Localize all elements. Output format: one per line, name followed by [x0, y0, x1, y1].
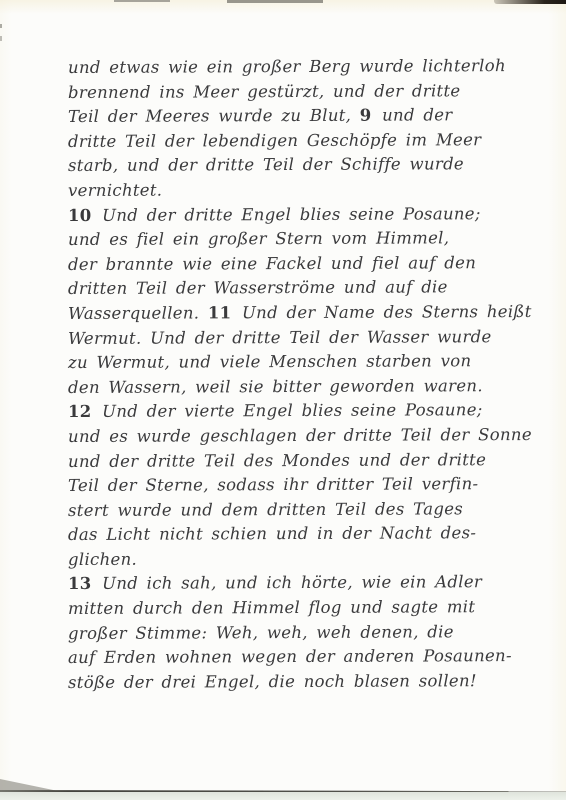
handwritten-text: mitten durch den Himmel flog und sagte m…: [68, 597, 475, 618]
handwritten-line: brennend ins Meer gestürzt, und der drit…: [68, 79, 538, 106]
handwritten-line: Wermut. Und der dritte Teil der Wasser w…: [68, 324, 538, 351]
verse-number: 10: [68, 205, 94, 224]
handwritten-text: Wermut. Und der dritte Teil der Wasser w…: [68, 327, 492, 348]
scanned-manuscript-page: und etwas wie ein großer Berg wurde lich…: [0, 0, 566, 800]
handwritten-text: Und der Name des Sterns heißt: [233, 302, 531, 322]
handwritten-text: großer Stimme: Weh, weh, weh denen, die: [68, 622, 454, 643]
handwritten-text: glichen.: [68, 550, 137, 569]
scan-artifact-top-mark: [114, 0, 170, 2]
handwritten-line: 13 Und ich sah, und ich hörte, wie ein A…: [68, 570, 538, 597]
handwritten-text: und der: [373, 106, 452, 125]
handwritten-text: dritte Teil der lebendigen Geschöpfe im …: [68, 130, 481, 151]
verse-number: 9: [360, 106, 374, 125]
handwritten-text: Und der dritte Engel blies seine Posaune…: [94, 204, 481, 225]
scan-artifact-corner-shadow: [494, 0, 566, 4]
handwritten-text: Und ich sah, und ich hörte, wie ein Adle…: [94, 573, 483, 594]
handwritten-text: und der dritte Teil des Mondes und der d…: [68, 450, 486, 471]
handwritten-line: mitten durch den Himmel flog und sagte m…: [68, 595, 538, 622]
handwritten-line: großer Stimme: Weh, weh, weh denen, die: [68, 620, 538, 647]
handwritten-text: auf Erden wohnen wegen der anderen Posau…: [68, 646, 512, 667]
handwritten-line: Teil der Meeres wurde zu Blut, 9 und der: [68, 103, 538, 130]
handwritten-line: und der dritte Teil des Mondes und der d…: [68, 447, 538, 474]
handwritten-text: stöße der drei Engel, die noch blasen so…: [68, 671, 477, 692]
handwritten-line: und es fiel ein großer Stern vom Himmel,: [68, 226, 538, 253]
handwritten-text: und es wurde geschlagen der dritte Teil …: [68, 425, 532, 446]
handwritten-line: 12 Und der vierte Engel blies seine Posa…: [68, 398, 538, 425]
handwritten-text: und es fiel ein großer Stern vom Himmel,: [68, 228, 449, 249]
handwritten-line: 10 Und der dritte Engel blies seine Posa…: [68, 202, 538, 229]
handwritten-line: auf Erden wohnen wegen der anderen Posau…: [68, 644, 538, 671]
handwritten-line: starb, und der dritte Teil der Schiffe w…: [68, 152, 538, 179]
verse-number: 13: [68, 574, 94, 593]
verse-number: 11: [208, 303, 234, 322]
handwritten-text: Und der vierte Engel blies seine Posaune…: [94, 401, 483, 422]
handwritten-line: dritte Teil der lebendigen Geschöpfe im …: [68, 128, 538, 155]
handwritten-text: den Wassern, weil sie bitter geworden wa…: [68, 376, 483, 397]
handwritten-text: der brannte wie eine Fackel und fiel auf…: [68, 253, 476, 274]
handwritten-text: und etwas wie ein großer Berg wurde lich…: [68, 56, 506, 77]
handwritten-line: dritten Teil der Wasserströme und auf di…: [68, 275, 538, 302]
handwritten-line: vernichtet.: [68, 177, 538, 204]
handwritten-line: zu Wermut, und viele Menschen starben vo…: [68, 349, 538, 376]
verse-number: 12: [68, 402, 94, 421]
scan-artifact-edge-mark: [0, 24, 2, 28]
scan-artifact-top-mark: [227, 0, 323, 3]
handwritten-line: den Wassern, weil sie bitter geworden wa…: [68, 374, 538, 401]
handwritten-line: stöße der drei Engel, die noch blasen so…: [68, 669, 538, 696]
handwritten-text: vernichtet.: [68, 181, 162, 200]
handwritten-text: Teil der Meeres wurde zu Blut,: [68, 106, 360, 126]
handwritten-line: glichen.: [68, 546, 538, 573]
handwritten-text: Wasserquellen.: [68, 303, 208, 323]
handwritten-line: Wasserquellen. 11 Und der Name des Stern…: [68, 300, 538, 327]
handwritten-line: und etwas wie ein großer Berg wurde lich…: [68, 54, 538, 81]
handwritten-text: brennend ins Meer gestürzt, und der drit…: [68, 81, 461, 102]
handwritten-text: Teil der Sterne, sodass ihr dritter Teil…: [68, 474, 478, 495]
handwritten-text: stert wurde und dem dritten Teil des Tag…: [68, 499, 463, 520]
handwritten-line: Teil der Sterne, sodass ihr dritter Teil…: [68, 472, 538, 499]
scanner-background-strip: [0, 792, 566, 800]
handwritten-text: zu Wermut, und viele Menschen starben vo…: [68, 351, 471, 372]
handwritten-line: stert wurde und dem dritten Teil des Tag…: [68, 497, 538, 524]
handwritten-line: der brannte wie eine Fackel und fiel auf…: [68, 251, 538, 278]
handwritten-text: starb, und der dritte Teil der Schiffe w…: [68, 155, 464, 176]
handwritten-text: das Licht nicht schien und in der Nacht …: [68, 524, 476, 545]
handwritten-line: das Licht nicht schien und in der Nacht …: [68, 521, 538, 548]
handwritten-text: dritten Teil der Wasserströme und auf di…: [68, 278, 448, 299]
handwritten-line: und es wurde geschlagen der dritte Teil …: [68, 423, 538, 450]
scan-artifact-edge-mark: [0, 36, 2, 41]
handwritten-text-block: und etwas wie ein großer Berg wurde lich…: [68, 56, 538, 695]
